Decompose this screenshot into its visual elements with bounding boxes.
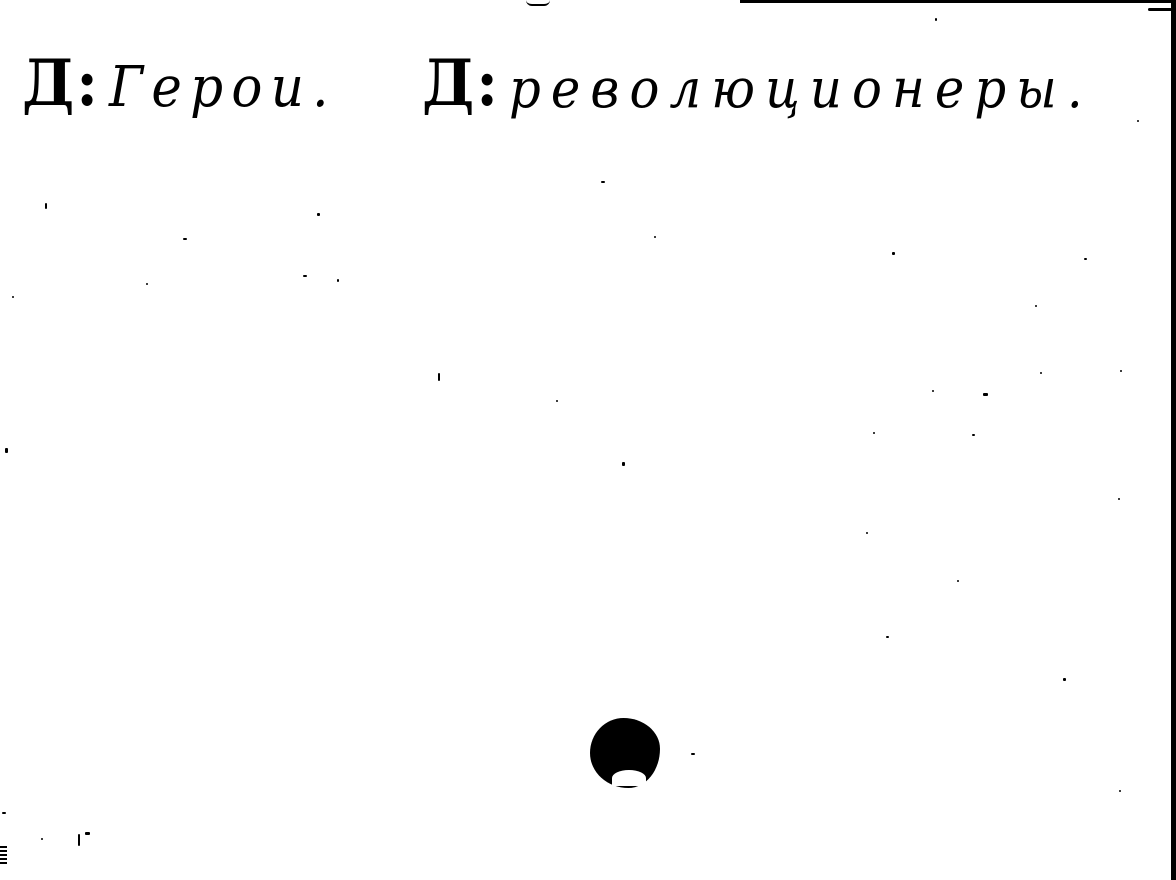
heading-entry-revolutionaries: Д: революционеры. [422,28,1093,116]
entry-prefix: Д: [22,52,100,116]
scan-edge-right [1171,0,1176,880]
heading-entry-heroes: Д: Герои. [22,28,337,116]
card-top-notch [526,0,550,6]
stamp-mark-icon [0,846,7,864]
entry-prefix: Д: [422,52,500,116]
entry-text: революционеры. [509,62,1093,116]
scan-edge-curl [1148,8,1172,11]
index-card: Д: Герои. Д: революционеры. [0,0,1176,880]
punch-hole-notch [612,770,646,786]
scan-edge-top [740,0,1176,3]
handwritten-heading: Д: Герои. Д: революционеры. [22,28,1151,158]
entry-text: Герои. [109,60,337,116]
